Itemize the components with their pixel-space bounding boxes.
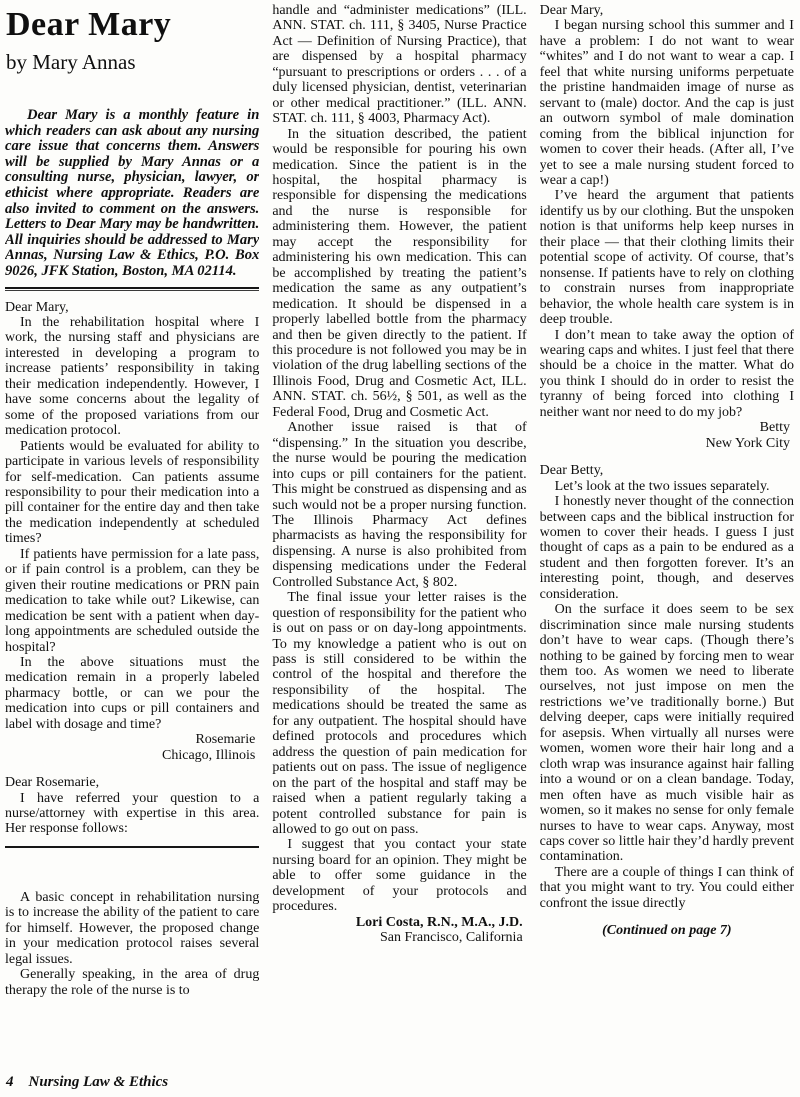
letter-salutation: Dear Mary, bbox=[540, 3, 794, 18]
letter-signer-location: Chicago, Illinois bbox=[5, 748, 259, 763]
letter-paragraph: I’ve heard the argument that patients id… bbox=[540, 188, 794, 327]
right-column: Dear Mary, I began nursing school this s… bbox=[540, 3, 794, 1097]
reply-salutation: Dear Rosemarie, bbox=[5, 775, 259, 790]
masthead: Dear Mary by Mary Annas bbox=[5, 7, 259, 74]
reply-paragraph: On the surface it does seem to be sex di… bbox=[540, 602, 794, 865]
left-column: Dear Mary by Mary Annas Dear Mary is a m… bbox=[5, 3, 259, 1097]
continued-notice: (Continued on page 7) bbox=[540, 923, 794, 938]
letter-salutation: Dear Mary, bbox=[5, 300, 259, 315]
page-footer: 4 Nursing Law & Ethics bbox=[6, 1074, 168, 1091]
response-paragraph: handle and “administer medications” (ILL… bbox=[272, 3, 526, 127]
letter-paragraph: In the above situations must the medicat… bbox=[5, 655, 259, 732]
magazine-page: Dear Mary by Mary Annas Dear Mary is a m… bbox=[0, 0, 800, 1097]
response-paragraph: I suggest that you contact your state nu… bbox=[272, 837, 526, 914]
response-signer-location: San Francisco, California bbox=[272, 930, 526, 945]
page-number: 4 bbox=[6, 1074, 14, 1091]
section-divider bbox=[5, 287, 259, 291]
letter-paragraph: In the rehabilitation hospital where I w… bbox=[5, 315, 259, 439]
page-title: Dear Mary bbox=[6, 7, 259, 43]
letter-paragraph: I don’t mean to take away the option of … bbox=[540, 328, 794, 421]
letter-paragraph: Patients would be evaluated for ability … bbox=[5, 439, 259, 547]
letter-paragraph: If patients have permission for a late p… bbox=[5, 547, 259, 655]
reply-paragraph: Let’s look at the two issues separately. bbox=[540, 479, 794, 494]
reply-salutation: Dear Betty, bbox=[540, 463, 794, 478]
response-signer: Lori Costa, R.N., M.A., J.D. bbox=[272, 915, 526, 930]
letter-signer-location: New York City bbox=[540, 436, 794, 451]
letter-paragraph: I began nursing school this summer and I… bbox=[540, 18, 794, 188]
response-paragraph: In the situation described, the patient … bbox=[272, 127, 526, 421]
publication-title: Nursing Law & Ethics bbox=[29, 1074, 169, 1091]
reply-paragraph: I honestly never thought of the connecti… bbox=[540, 494, 794, 602]
middle-column: handle and “administer medications” (ILL… bbox=[272, 3, 526, 1097]
feature-description: Dear Mary is a monthly feature in which … bbox=[5, 108, 259, 280]
response-paragraph: Another issue raised is that of “dispens… bbox=[272, 420, 526, 590]
byline: by Mary Annas bbox=[6, 50, 259, 74]
letter-signer: Rosemarie bbox=[5, 732, 259, 747]
response-divider bbox=[5, 846, 259, 848]
letter-signer: Betty bbox=[540, 420, 794, 435]
reply-paragraph: There are a couple of things I can think… bbox=[540, 865, 794, 911]
response-paragraph: The final issue your letter raises is th… bbox=[272, 590, 526, 837]
response-paragraph: A basic concept in rehabilitation nursin… bbox=[5, 890, 259, 967]
response-paragraph: Generally speaking, in the area of drug … bbox=[5, 967, 259, 998]
page-columns: Dear Mary by Mary Annas Dear Mary is a m… bbox=[0, 0, 800, 1097]
expert-response: A basic concept in rehabilitation nursin… bbox=[5, 890, 259, 998]
reply-paragraph: I have referred your question to a nurse… bbox=[5, 791, 259, 837]
